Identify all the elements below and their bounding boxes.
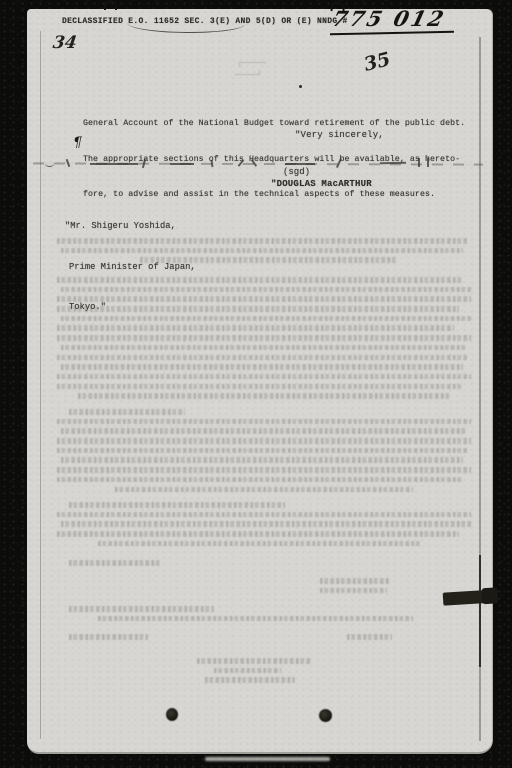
faint-stamp-mark: [235, 62, 271, 77]
bleed-through-line: [69, 560, 160, 566]
bleed-through-line: [197, 658, 312, 664]
closing-line: "Very sincerely,: [295, 130, 384, 140]
bleed-through-line: [57, 238, 467, 244]
bleed-through-line: [320, 588, 387, 594]
handwritten-paragraph-mark: ¶: [73, 135, 82, 151]
bleed-through-line: [320, 578, 390, 584]
page-right-edge-dark-segment: [479, 555, 482, 667]
bleed-through-line: [347, 634, 392, 640]
bleed-through-line: [61, 457, 463, 463]
bleed-through-text-block: [57, 634, 471, 644]
signature-name: "DOUGLAS MacARTHUR: [271, 179, 372, 189]
bleed-through-line: [57, 467, 471, 473]
bleed-through-line: [98, 616, 413, 622]
faint-stamp-line: [239, 62, 266, 67]
bleed-through-line: [69, 409, 185, 415]
bleed-through-text-block: [197, 658, 317, 687]
bleed-through-text-block: [57, 502, 471, 550]
crease-mark: [211, 160, 214, 167]
crease-mark: [427, 158, 429, 167]
crease-mark: [45, 160, 54, 167]
bleed-through-line: [57, 419, 471, 425]
handwritten-page-number-right: 35: [362, 48, 393, 76]
bleed-through-text-block: [57, 560, 471, 570]
body-line: General Account of the National Budget t…: [83, 118, 465, 130]
dark-tab-end: [481, 587, 498, 604]
faint-stamp-line: [235, 70, 260, 75]
ink-blob-left: [166, 708, 178, 721]
bleed-through-line: [61, 345, 467, 351]
bleed-through-line: [57, 512, 471, 518]
scan-light-streak: [205, 757, 330, 761]
bleed-through-text-block: [57, 409, 471, 496]
bleed-through-line: [115, 487, 413, 493]
nnd-number-underline: [330, 31, 454, 36]
bleed-through-line: [61, 248, 463, 254]
bleed-through-line: [61, 521, 471, 527]
scanned-page: DECLASSIFIED E.O. 11652 SEC. 3(E) AND 5(…: [27, 9, 493, 754]
ink-blob-right: [319, 709, 332, 722]
handwritten-page-number-left: 34: [52, 33, 78, 53]
crease-mark: [285, 163, 315, 165]
ink-dot: [299, 85, 302, 88]
bleed-through-line: [57, 438, 471, 444]
bleed-through-line: [57, 531, 459, 537]
fold-crease: [33, 158, 483, 170]
bleed-through-line: [98, 541, 421, 547]
bleed-through-line: [57, 374, 471, 380]
bleed-through-text-block: [57, 606, 471, 625]
nnd-number-handwritten: 775 012: [330, 6, 449, 31]
bleed-through-line: [57, 335, 471, 341]
bleed-through-line: [57, 384, 463, 390]
bleed-through-line: [57, 277, 463, 283]
bleed-through-line: [57, 477, 463, 483]
bleed-through-line: [57, 325, 454, 331]
bleed-through-line: [61, 316, 471, 322]
top-edge-mark-right: [330, 1, 345, 13]
bleed-through-line: [69, 502, 284, 508]
bleed-through-line: [61, 428, 467, 434]
signed-tag: (sgd): [283, 167, 310, 177]
bleed-through-text-block: [57, 238, 471, 267]
recipient-line: "Mr. Shigeru Yoshida,: [65, 220, 196, 234]
page-left-edge-line: [40, 31, 41, 739]
crease-mark: [170, 163, 194, 165]
bleed-through-line: [69, 606, 214, 612]
bleed-through-text-block: [57, 277, 471, 403]
dark-tab-mark: [443, 589, 499, 605]
crease-mark: [418, 158, 420, 167]
bleed-through-line: [57, 296, 471, 302]
bleed-through-line: [57, 306, 459, 312]
bleed-through-text-block: [320, 578, 390, 597]
bleed-through-text-block: [347, 634, 392, 644]
scanned-document: DECLASSIFIED E.O. 11652 SEC. 3(E) AND 5(…: [0, 0, 512, 768]
bleed-through-line: [61, 287, 471, 293]
bleed-through-line: [69, 634, 148, 640]
bleed-through-line: [57, 448, 467, 454]
bleed-through-line: [140, 257, 397, 263]
crease-mark: [90, 163, 138, 165]
bleed-through-line: [57, 355, 467, 361]
handwritten-bracket-arc: [127, 21, 245, 33]
top-edge-mark-left: [104, 1, 117, 10]
bleed-through-line: [78, 393, 451, 399]
bleed-through-line: [61, 364, 463, 370]
bleed-through-line: [214, 668, 281, 674]
bleed-through-line: [205, 677, 295, 683]
